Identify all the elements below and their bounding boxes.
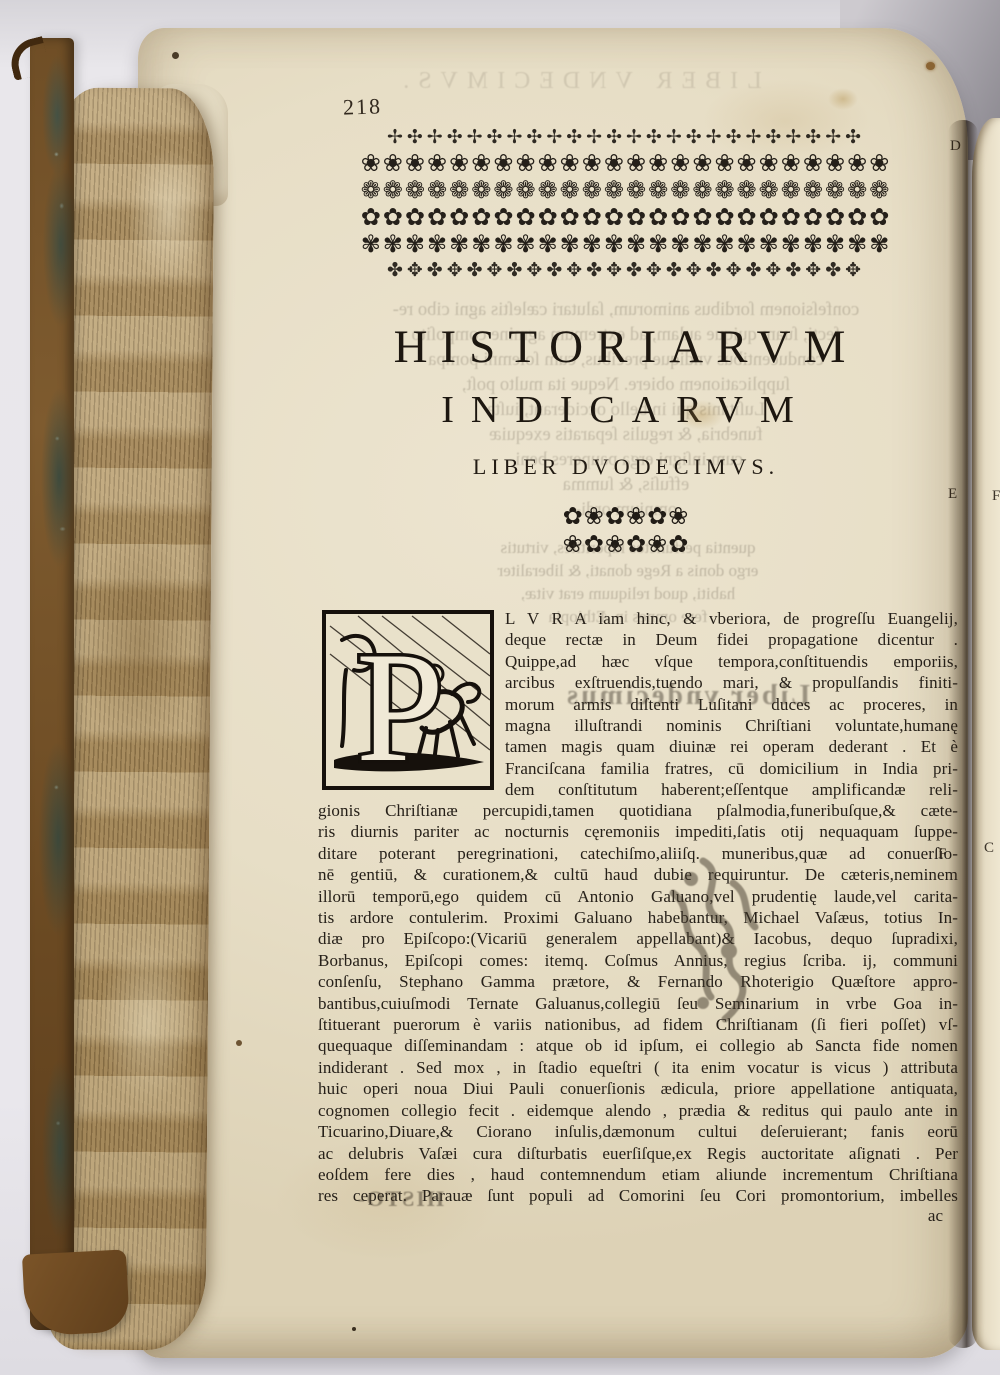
text-line: magna illuſtrandi nominis Chriſtiani vol… — [505, 715, 958, 736]
paper-stain — [828, 88, 858, 110]
next-page-edge: F C — [972, 118, 1000, 1350]
foxing-spot — [352, 1327, 356, 1331]
headpiece-ornament-band: ✢✣✢✣✢✣✢✣✢✣✢✣✢✣✢✣✢✣✢✣✢✣✢✣ ❀❀❀❀❀❀❀❀❀❀❀❀❀❀❀… — [318, 125, 934, 291]
text-line: L V R A iam hinc, & vberiora, de progreſ… — [505, 608, 958, 629]
wormhole — [172, 52, 179, 59]
text-line: gionis Chriſtianæ percupidi,tamen quotid… — [318, 800, 958, 821]
showthrough-line: quentia perfunctos ſuperſtites, virtutis — [378, 536, 878, 559]
text-line: Ticuarino,Diuare,& Ciorano inſulis,dæmon… — [318, 1121, 958, 1142]
marbled-cover-edge — [30, 38, 74, 1330]
title-liber-dvodecimvs: LIBER DVODECIMVS. — [218, 454, 968, 480]
book-page: LIBER VNDECIMVS. 218 ✢✣✢✣✢✣✢✣✢✣✢✣✢✣✢✣✢✣✢… — [138, 28, 968, 1358]
showthrough-running-title: LIBER VNDECIMVS. — [228, 68, 928, 95]
ornament-row: ✤✥✤✥✤✥✤✥✤✥✤✥✤✥✤✥✤✥✤✥✤✥✤✥ — [318, 258, 934, 283]
text-line: Franciſcana familia fratres, cū domicili… — [505, 758, 958, 779]
margin-letter-e: E — [948, 486, 957, 503]
catchword: ac — [883, 1206, 943, 1226]
drop-cap-letter: P — [356, 620, 444, 790]
title-historiarvm: HISTORIARVM — [218, 320, 968, 374]
text-line: indiderant . Sed mox , in ſtadio equeſtr… — [318, 1057, 958, 1078]
foxing-spot — [236, 1040, 242, 1046]
text-line: Quippe,ad hæc vſque tempora,conſtituendi… — [505, 651, 958, 672]
paper-stain — [678, 400, 724, 430]
wormhole — [926, 62, 935, 70]
next-page-margin-letter-top: F — [992, 488, 1000, 505]
photograph-of-open-book: F C LIBER VNDECIMVS. 218 ✢✣✢✣✢✣✢✣✢✣✢✣✢✣✢… — [0, 0, 1000, 1375]
woodcut-initial-p: P — [322, 610, 494, 790]
showthrough-bottom-word: HISTO- — [324, 1186, 444, 1212]
text-line: ris diurnis pariter ac nocturnis cęremon… — [318, 821, 958, 842]
text-line: cognomen collegio fecit . eidemque alend… — [318, 1100, 958, 1121]
ornament-row: ❀❀❀❀❀❀❀❀❀❀❀❀❀❀❀❀❀❀❀❀❀❀❀❀ — [318, 150, 934, 177]
ornament-row: ✿✿✿✿✿✿✿✿✿✿✿✿✿✿✿✿✿✿✿✿✿✿✿✿ — [318, 204, 934, 231]
next-page-margin-letter-bottom: C — [984, 840, 994, 857]
ink-stamp-smudge — [633, 853, 798, 1028]
text-line: dem conſtitutum haberent;eſſentque ampli… — [505, 779, 958, 800]
text-line: tamen magis quam diuinæ rei operam deder… — [505, 736, 958, 757]
showthrough-line: habiti, quod reliquum erat vitæ, — [378, 582, 878, 605]
showthrough-line: ergo donis a Rege donati, & liberaliter — [378, 559, 878, 582]
text-line: ac delubris Vaſæi cura diſturbatis euerſ… — [318, 1143, 958, 1164]
signature-letter-d: D — [950, 138, 961, 155]
title-indicarvm: INDICARVM — [218, 388, 968, 432]
page-number: 218 — [343, 93, 383, 120]
text-line: quequaque diſſeminandam : atque ob id ip… — [318, 1035, 958, 1056]
ornament-row: ✢✣✢✣✢✣✢✣✢✣✢✣✢✣✢✣✢✣✢✣✢✣✢✣ — [318, 125, 934, 150]
text-line: huic operi noua Diui Pauli conuerſionis … — [318, 1078, 958, 1099]
text-line: deque rectæ in Deum fidei propagatione d… — [505, 629, 958, 650]
ornament-row: ✾✾✾✾✾✾✾✾✾✾✾✾✾✾✾✾✾✾✾✾✾✾✾✾ — [318, 231, 934, 258]
text-line: eoſdem fere dies , haud contemnendum eti… — [318, 1164, 958, 1185]
ornament-row: ❁❁❁❁❁❁❁❁❁❁❁❁❁❁❁❁❁❁❁❁❁❁❁❁ — [318, 177, 934, 204]
margin-letter-f: F — [938, 846, 946, 863]
showthrough-overprint: Liber vndecimus — [530, 680, 810, 712]
ornament-row: ✿❀✿❀✿❀ — [318, 502, 934, 530]
